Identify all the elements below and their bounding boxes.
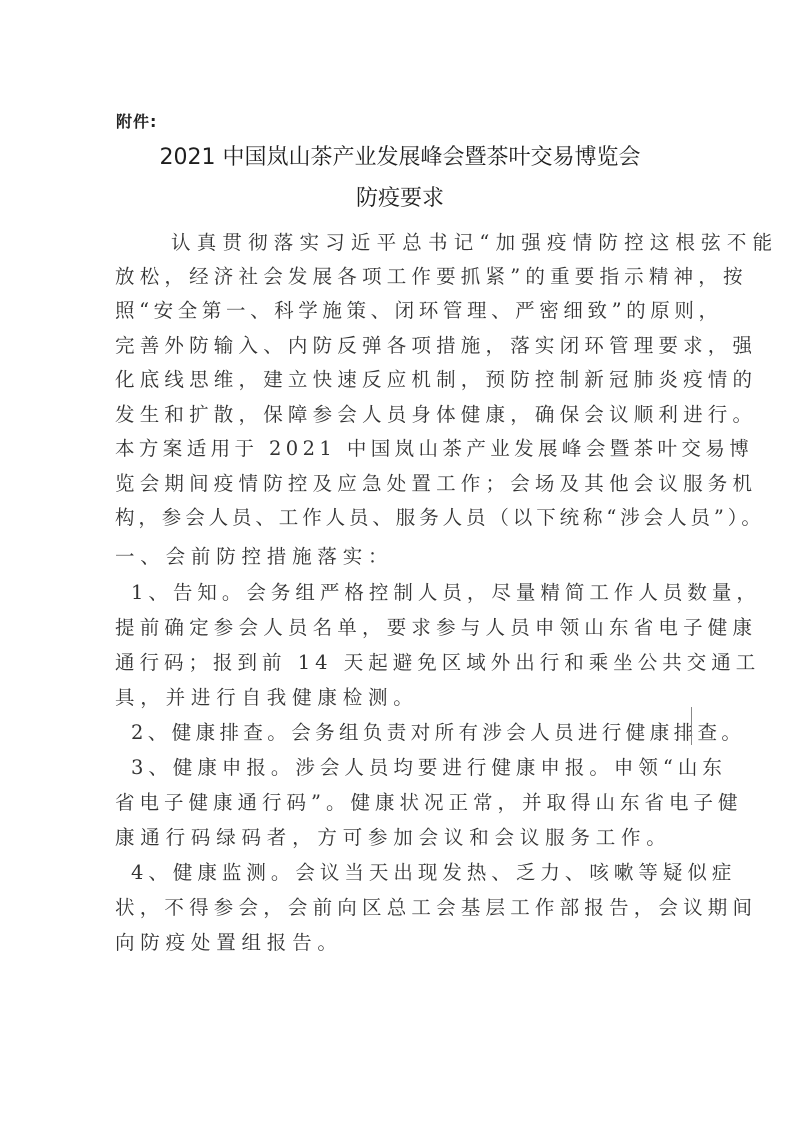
intro-paragraph-line: 放松，经济社会发展各项工作要抓紧”的重要指示精神，按 — [115, 265, 683, 289]
intro-paragraph-line: 化底线思维，建立快速反应机制，预防控制新冠肺炎疫情的 — [115, 368, 683, 392]
intro-paragraph-line: 照“安全第一、科学施策、闭环管理、严密细致”的原则， — [115, 299, 683, 323]
document-title: 2021 中国岚山茶产业发展峰会暨茶叶交易博览会 — [0, 140, 800, 171]
section-heading-1: 一、会前防控措施落实： — [115, 545, 683, 569]
item-3-line: 康通行码绿码者，方可参加会议和会议服务工作。 — [115, 826, 683, 850]
item-3-line: 省电子健康通行码”。健康状况正常，并取得山东省电子健 — [115, 791, 683, 815]
item-3-line: 3、健康申报。涉会人员均要进行健康申报。申领“山东 — [131, 756, 683, 780]
item-2-line: 2、健康排查。会务组负责对所有涉会人员进行健康排查。 — [131, 721, 683, 745]
scope-paragraph-line: 本方案适用于 2021 中国岚山茶产业发展峰会暨茶叶交易博 — [115, 437, 683, 461]
item-1-line: 提前确定参会人员名单，要求参与人员申领山东省电子健康 — [115, 616, 683, 640]
document-subtitle: 防疫要求 — [0, 181, 800, 212]
intro-paragraph-line: 完善外防输入、内防反弹各项措施，落实闭环管理要求，强 — [115, 334, 683, 358]
item-1-line: 具，并进行自我健康检测。 — [115, 686, 683, 710]
intro-paragraph-line: 认真贯彻落实习近平总书记“加强疫情防控这根弦不能 — [171, 231, 683, 255]
item-4-line: 状，不得参会，会前向区总工会基层工作部报告，会议期间 — [115, 896, 683, 920]
document-page: 附件: 2021 中国岚山茶产业发展峰会暨茶叶交易博览会 防疫要求 认真贯彻落实… — [0, 0, 800, 1132]
item-1-line: 通行码；报到前 14 天起避免区域外出行和乘坐公共交通工 — [115, 651, 683, 675]
intro-paragraph-line: 发生和扩散，保障参会人员身体健康，确保会议顺利进行。 — [115, 403, 683, 427]
item-4-line: 4、健康监测。会议当天出现发热、乏力、咳嗽等疑似症 — [131, 861, 683, 885]
scope-paragraph-line: 构，参会人员、工作人员、服务人员（以下统称“涉会人员”）。 — [115, 506, 683, 530]
scope-paragraph-line: 览会期间疫情防控及应急处置工作；会场及其他会议服务机 — [115, 472, 683, 496]
item-1-line: 1、告知。会务组严格控制人员，尽量精简工作人员数量， — [131, 581, 683, 605]
item-4-line: 向防疫处置组报告。 — [115, 931, 683, 955]
attachment-label: 附件: — [116, 109, 157, 132]
text-cursor-mark — [691, 707, 692, 745]
